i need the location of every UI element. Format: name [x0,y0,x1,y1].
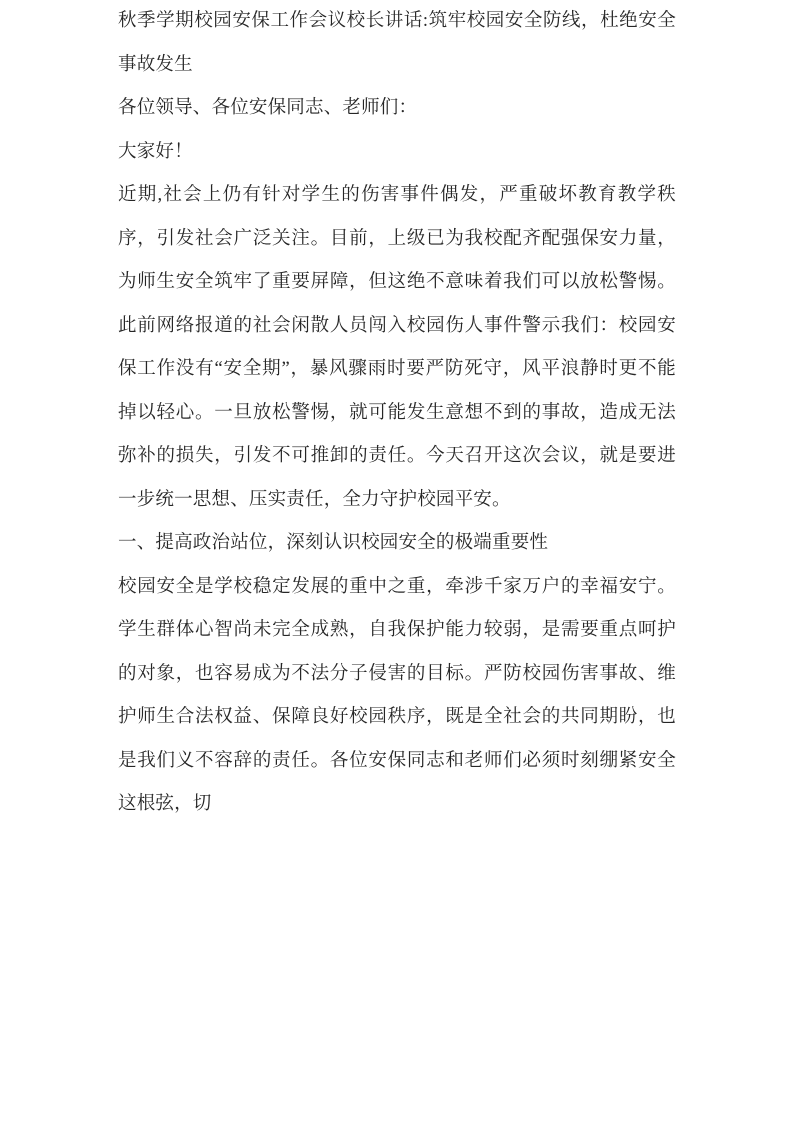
document-page: 秋季学期校园安保工作会议校长讲话:筑牢校园安全防线，杜绝安全事故发生 各位领导、… [0,0,793,1122]
salutation-line: 各位领导、各位安保同志、老师们： [118,87,676,131]
greeting-line: 大家好！ [118,131,676,175]
document-content-column: 秋季学期校园安保工作会议校长讲话:筑牢校园安全防线，杜绝安全事故发生 各位领导、… [118,0,676,827]
intro-paragraph: 近期,社会上仍有针对学生的伤害事件偶发，严重破坏教育教学秩序，引发社会广泛关注。… [118,174,676,522]
section-1-heading: 一、提高政治站位，深刻认识校园安全的极端重要性 [118,522,676,566]
document-title: 秋季学期校园安保工作会议校长讲话:筑牢校园安全防线，杜绝安全事故发生 [118,0,676,87]
section-1-paragraph: 校园安全是学校稳定发展的重中之重，牵涉千家万户的幸福安宁。学生群体心智尚未完全成… [118,566,676,827]
